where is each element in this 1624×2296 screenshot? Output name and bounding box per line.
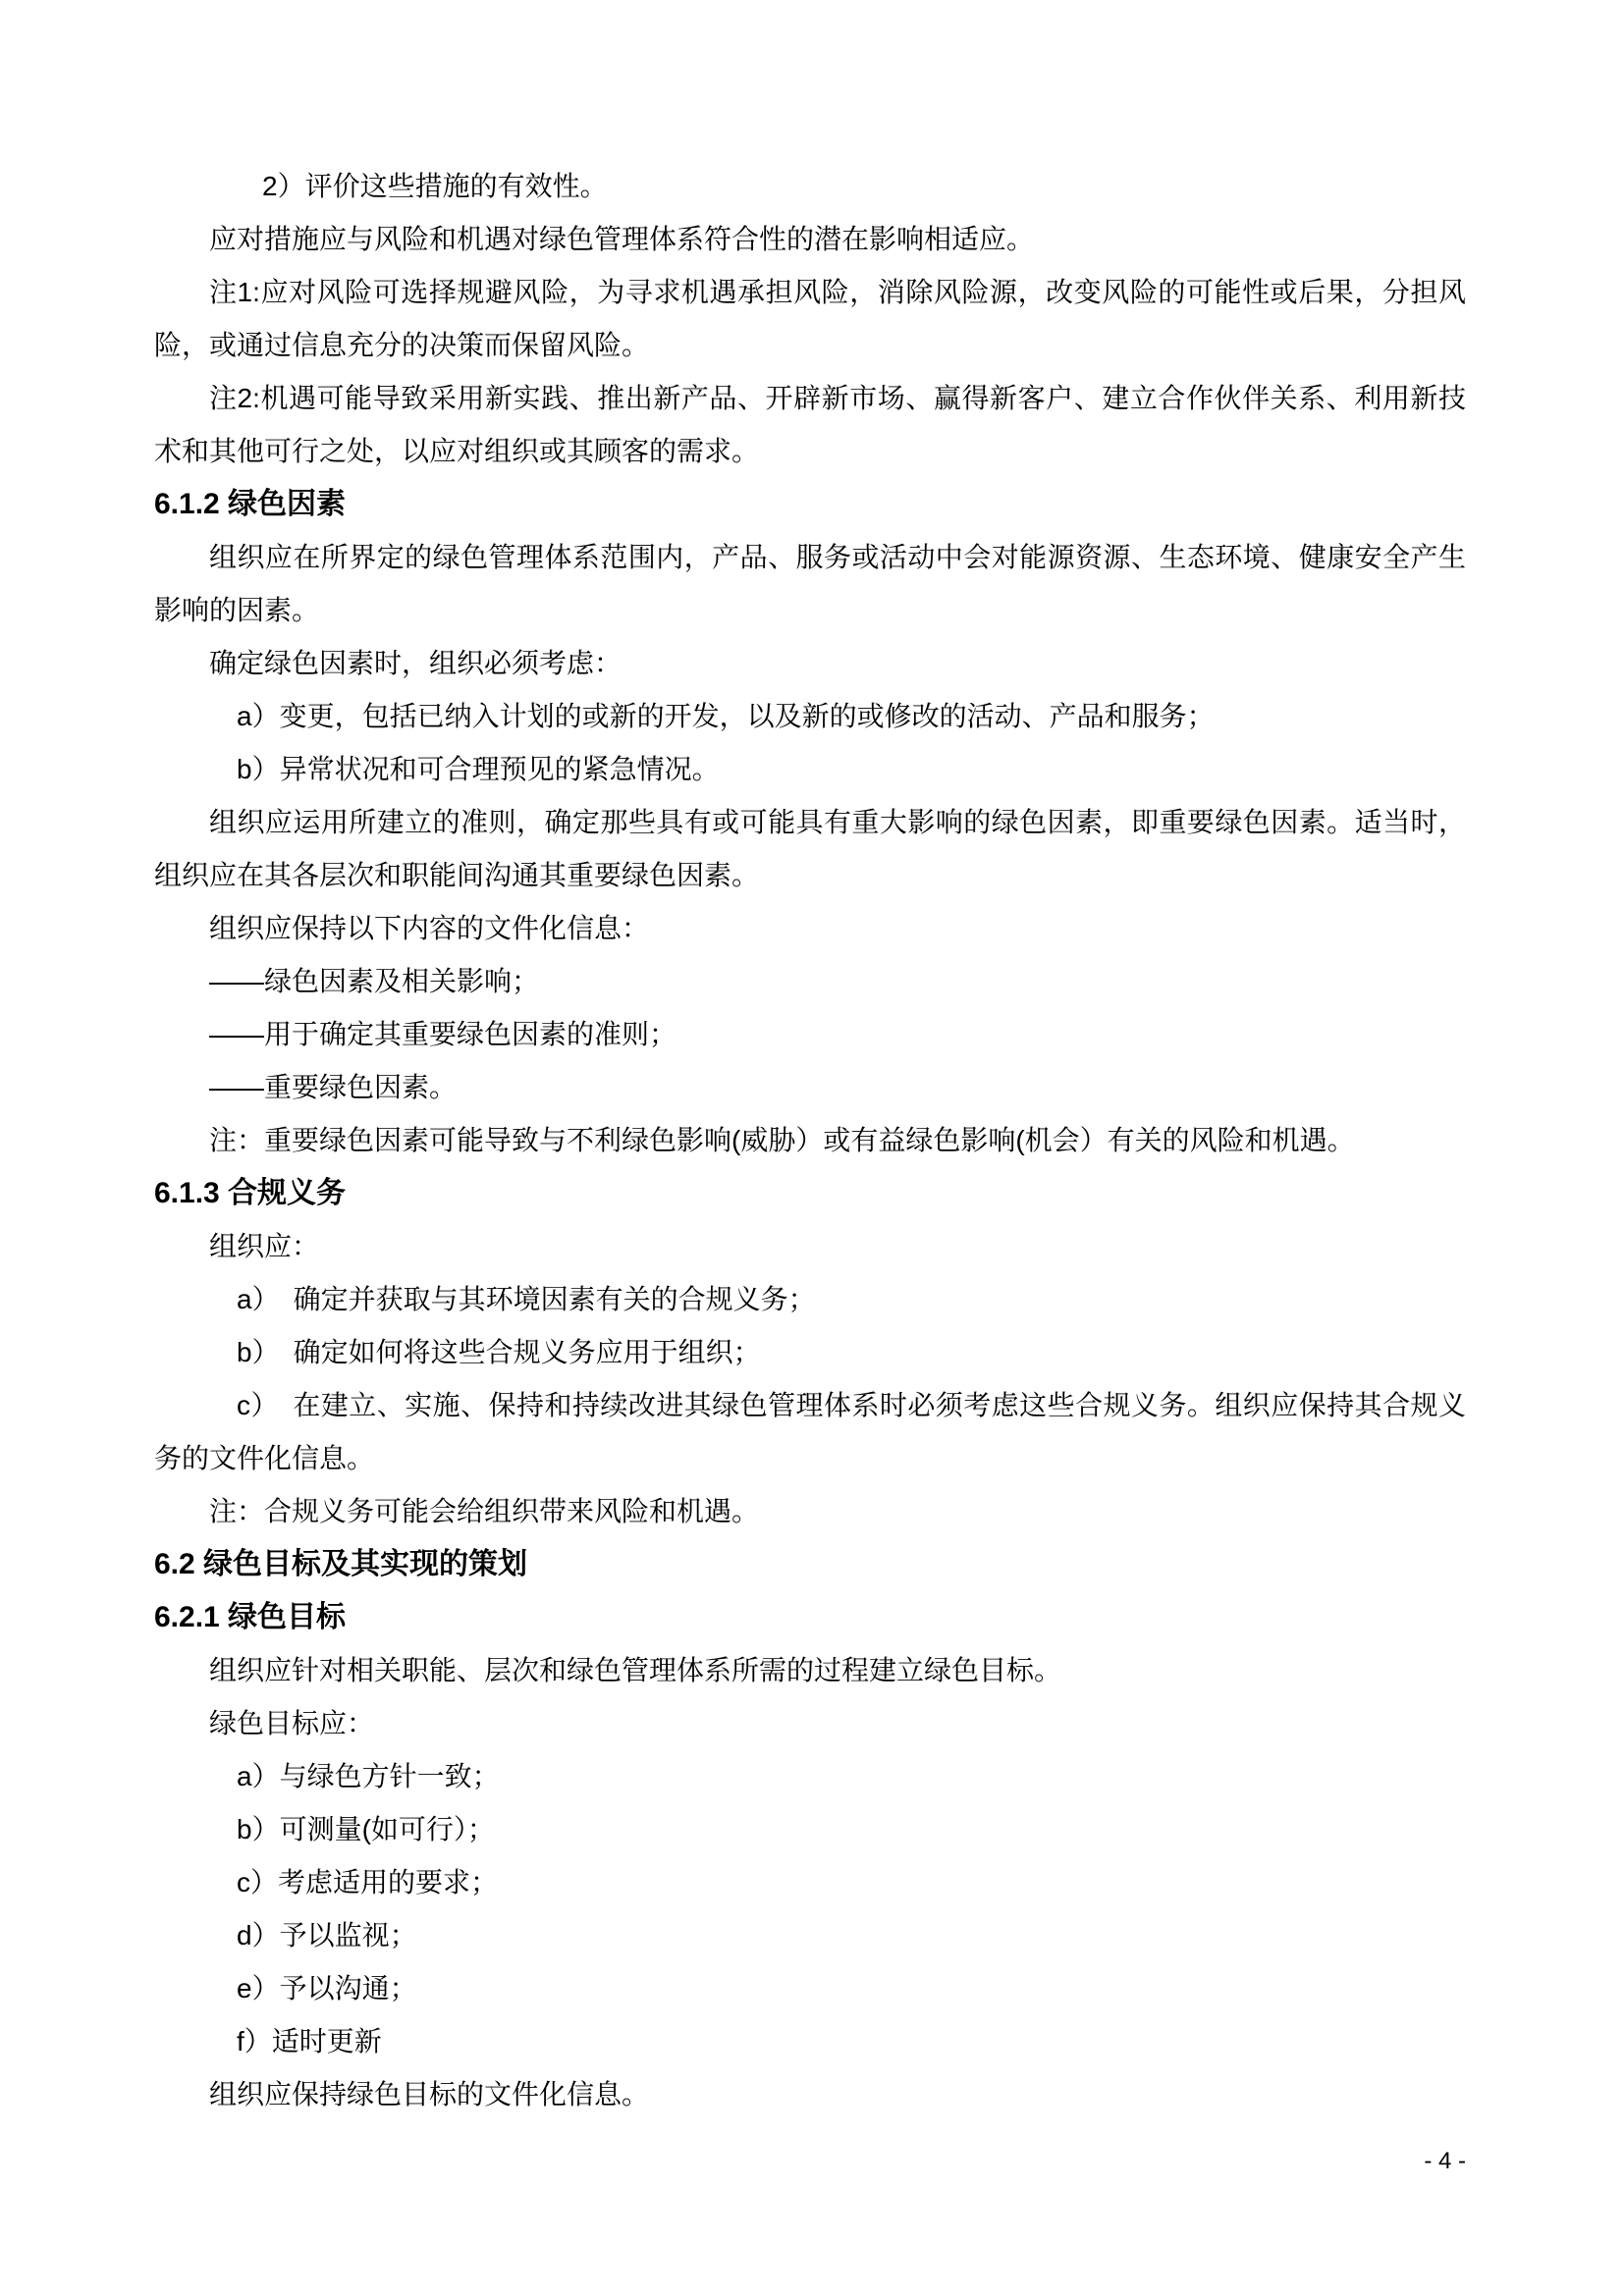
list-item-b: b）可测量(如可行）； xyxy=(154,1803,1466,1856)
heading-6-1-3: 6.1.3 合规义务 xyxy=(154,1167,1466,1220)
dash-item: ——用于确定其重要绿色因素的准则； xyxy=(154,1008,1466,1061)
document-content: 2）评价这些措施的有效性。 应对措施应与风险和机遇对绿色管理体系符合性的潜在影响… xyxy=(154,160,1466,2121)
paragraph: 组织应： xyxy=(154,1220,1466,1273)
paragraph: 确定绿色因素时，组织必须考虑： xyxy=(154,637,1466,690)
page-number: - 4 - xyxy=(1424,2146,1466,2177)
list-item-c: c）考虑适用的要求； xyxy=(154,1856,1466,1909)
list-item-d: d）予以监视； xyxy=(154,1909,1466,1962)
heading-6-1-2: 6.1.2 绿色因素 xyxy=(154,478,1466,531)
note: 注：重要绿色因素可能导致与不利绿色影响(威胁）或有益绿色影响(机会）有关的风险和… xyxy=(154,1114,1466,1167)
paragraph: 组织应运用所建立的准则，确定那些具有或可能具有重大影响的绿色因素，即重要绿色因素… xyxy=(154,796,1466,902)
list-item-e: e）予以沟通； xyxy=(154,1962,1466,2015)
list-item-a: a）与绿色方针一致； xyxy=(154,1750,1466,1803)
list-item-a: a） 确定并获取与其环境因素有关的合规义务； xyxy=(154,1273,1466,1326)
sub-number-item: 2）评价这些措施的有效性。 xyxy=(154,160,1466,213)
heading-6-2-1: 6.2.1 绿色目标 xyxy=(154,1591,1466,1644)
note-1: 注1:应对风险可选择规避风险，为寻求机遇承担风险，消除风险源，改变风险的可能性或… xyxy=(154,266,1466,372)
list-item-b: b） 确定如何将这些合规义务应用于组织； xyxy=(154,1326,1466,1379)
list-item-b: b）异常状况和可合理预见的紧急情况。 xyxy=(154,743,1466,796)
list-item-a: a）变更，包括已纳入计划的或新的开发，以及新的或修改的活动、产品和服务； xyxy=(154,690,1466,743)
paragraph: 组织应针对相关职能、层次和绿色管理体系所需的过程建立绿色目标。 xyxy=(154,1644,1466,1697)
paragraph: 组织应保持以下内容的文件化信息： xyxy=(154,902,1466,955)
paragraph: 绿色目标应： xyxy=(154,1697,1466,1750)
paragraph: 组织应保持绿色目标的文件化信息。 xyxy=(154,2068,1466,2121)
paragraph: 组织应在所界定的绿色管理体系范围内，产品、服务或活动中会对能源资源、生态环境、健… xyxy=(154,531,1466,637)
note: 注：合规义务可能会给组织带来风险和机遇。 xyxy=(154,1485,1466,1538)
list-item-f: f）适时更新 xyxy=(154,2015,1466,2068)
paragraph: 应对措施应与风险和机遇对绿色管理体系符合性的潜在影响相适应。 xyxy=(154,213,1466,266)
list-item-c: c） 在建立、实施、保持和持续改进其绿色管理体系时必须考虑这些合规义务。组织应保… xyxy=(154,1379,1466,1485)
dash-item: ——重要绿色因素。 xyxy=(154,1061,1466,1114)
document-page: 2）评价这些措施的有效性。 应对措施应与风险和机遇对绿色管理体系符合性的潜在影响… xyxy=(0,0,1624,2296)
dash-item: ——绿色因素及相关影响； xyxy=(154,955,1466,1008)
heading-6-2: 6.2 绿色目标及其实现的策划 xyxy=(154,1538,1466,1591)
note-2: 注2:机遇可能导致采用新实践、推出新产品、开辟新市场、赢得新客户、建立合作伙伴关… xyxy=(154,372,1466,478)
